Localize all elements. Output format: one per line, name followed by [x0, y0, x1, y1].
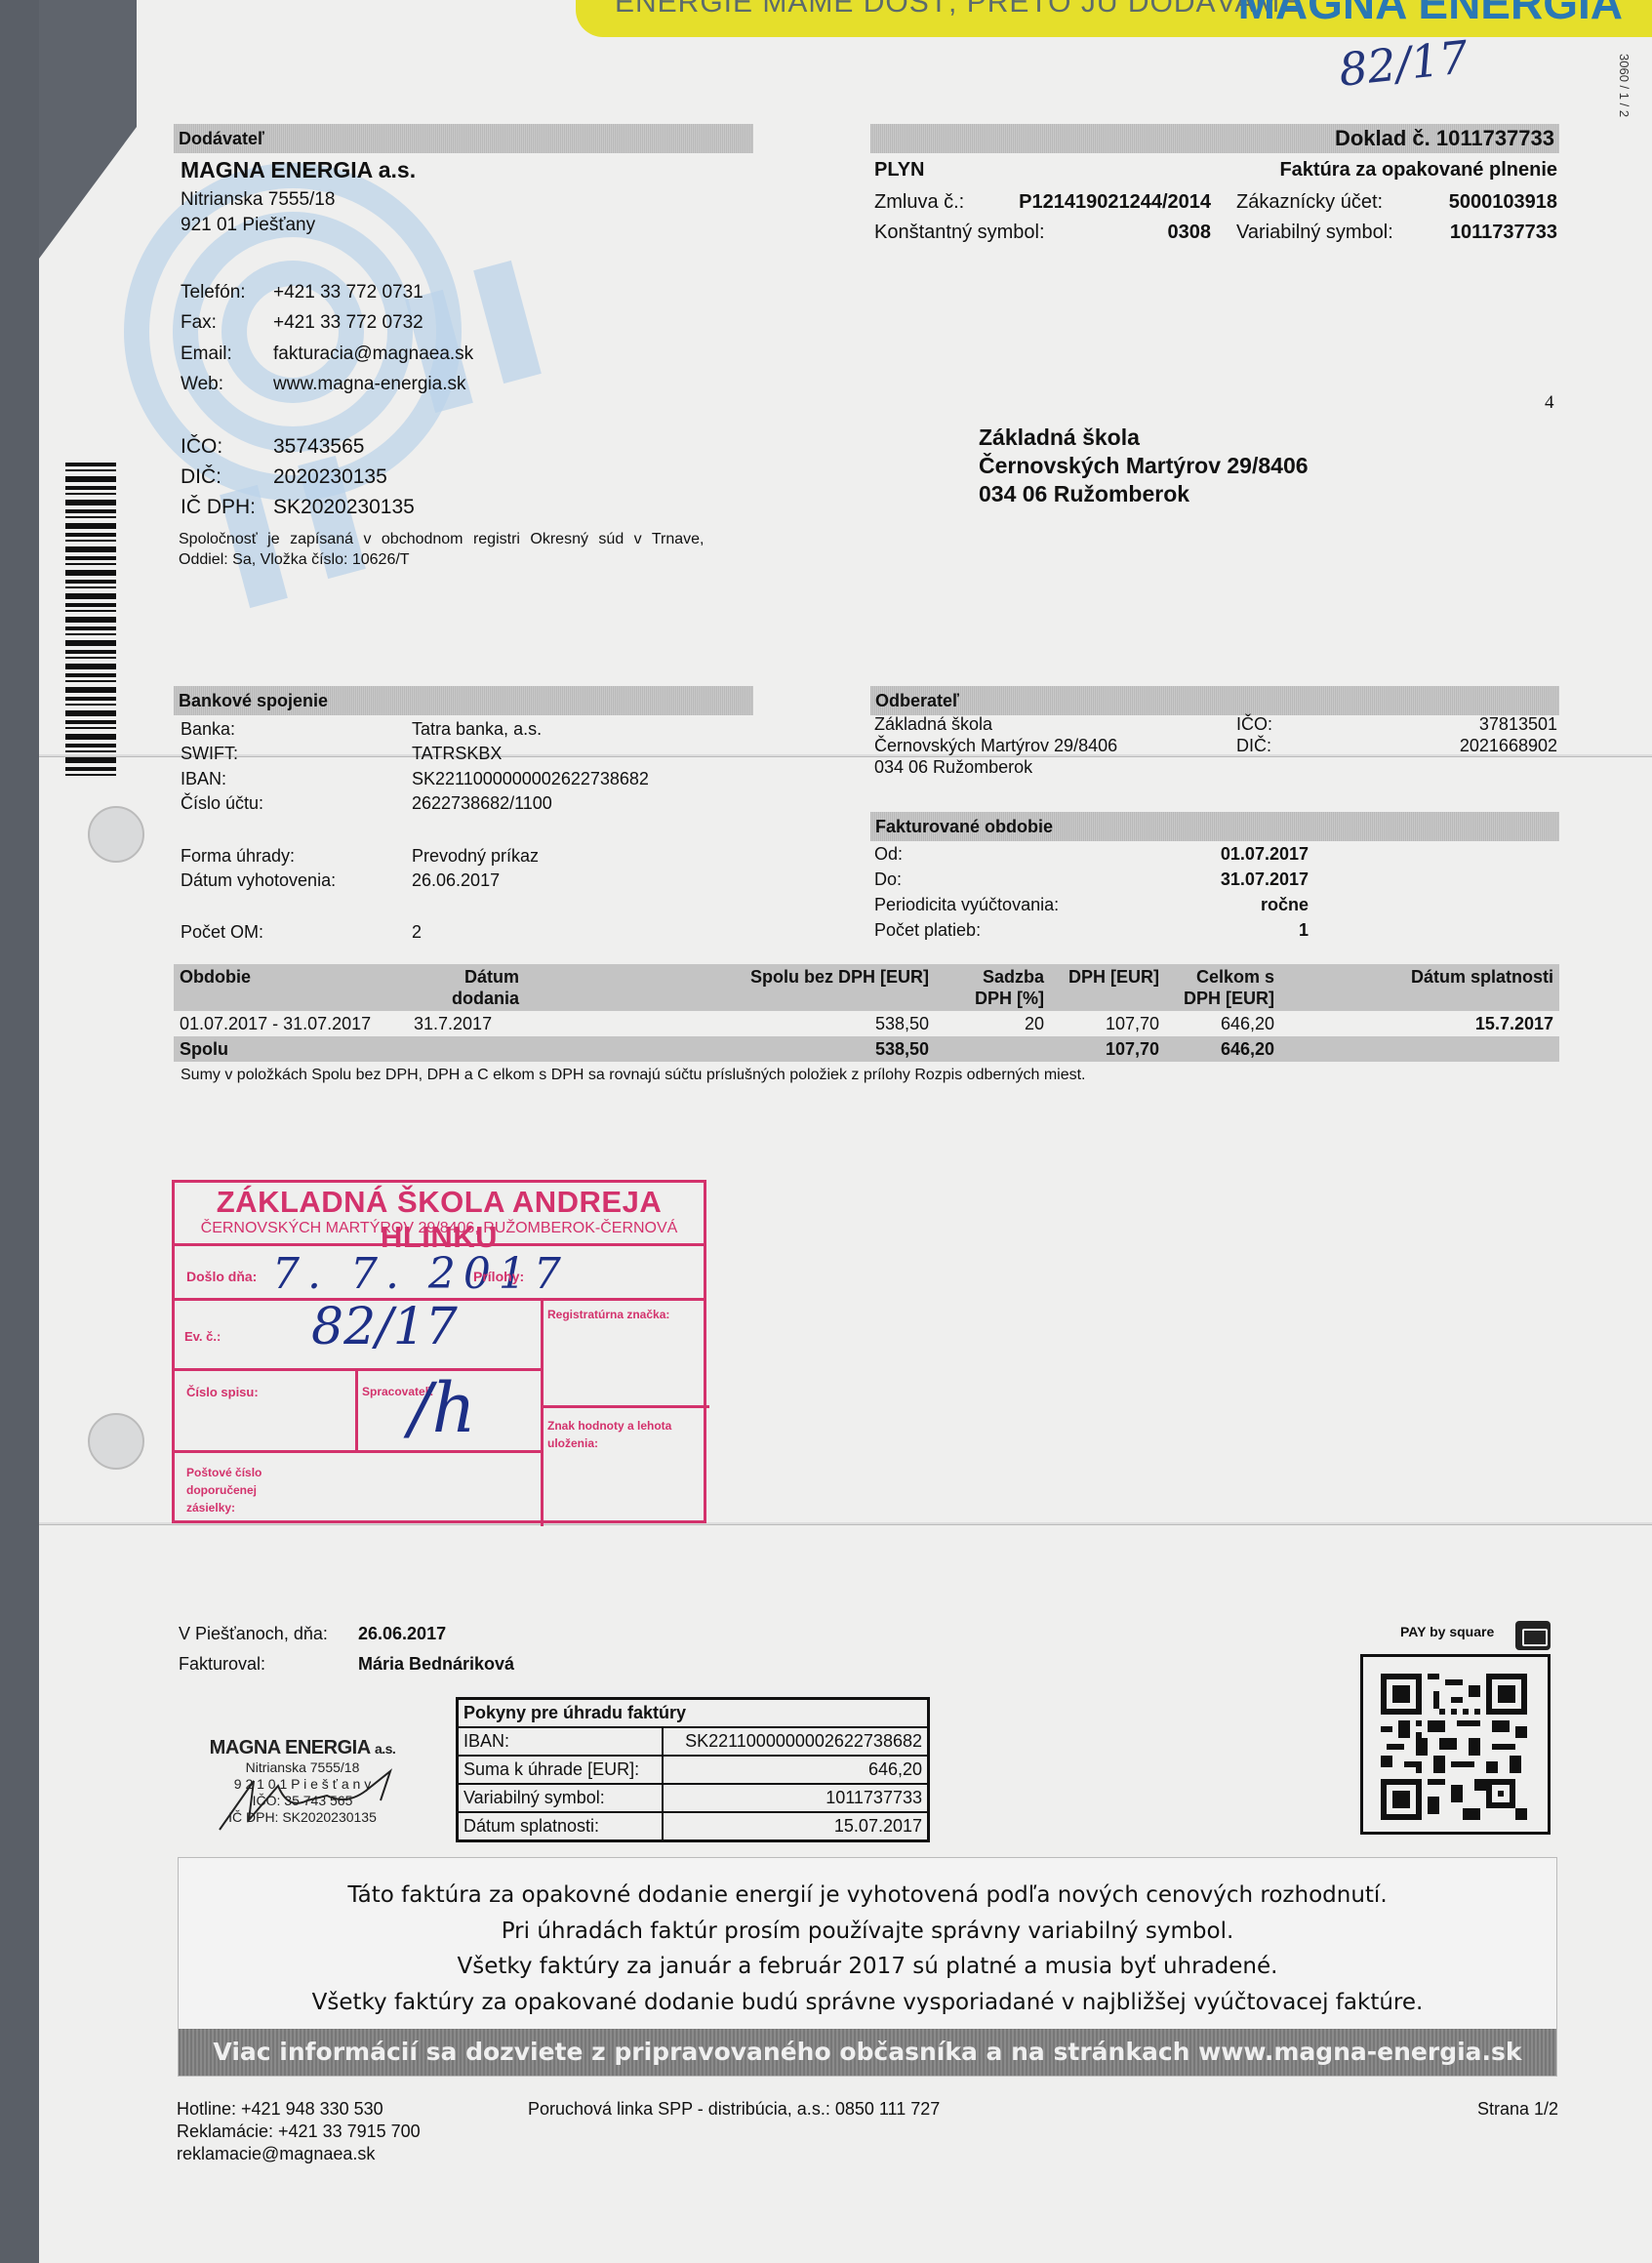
pay-amount: 646,20	[663, 1756, 929, 1784]
payment-form-value: Prevodný príkaz	[412, 843, 539, 869]
stamp-evidence-label: Ev. č.:	[184, 1329, 221, 1344]
customer-account-label: Zákaznícky účet:	[1236, 189, 1383, 215]
table-row: Suma k úhrade [EUR]: 646,20	[458, 1756, 929, 1784]
id-label: IČO:	[181, 434, 222, 460]
bank-label: SWIFT:	[181, 741, 238, 766]
pay-by-square-label: PAY by square	[1400, 1624, 1494, 1639]
pay-label: IBAN:	[458, 1727, 663, 1756]
cell-net: 538,50	[525, 1011, 935, 1036]
payment-instructions-header: Pokyny pre úhradu faktúry	[458, 1699, 929, 1728]
address-marker: 4	[1545, 390, 1554, 416]
period-label: Od:	[874, 841, 903, 867]
column-header: Celkom s DPH [EUR]	[1165, 964, 1280, 1011]
bank-iban: SK2211000000002622738682	[412, 766, 649, 791]
table-row: Variabilný symbol: 1011737733	[458, 1784, 929, 1812]
total-vat: 107,70	[1050, 1036, 1165, 1062]
total-empty	[1280, 1036, 1559, 1062]
column-header: DPH [EUR]	[1050, 964, 1165, 1011]
stamp-divider	[175, 1243, 704, 1246]
invoiced-by-name: Mária Bednáriková	[358, 1651, 514, 1677]
column-header: Obdobie	[174, 964, 408, 1011]
stamp-divider	[541, 1298, 544, 1526]
contact-label: Fax:	[181, 310, 217, 336]
contact-fax: +421 33 772 0732	[273, 310, 423, 336]
customer-ico-label: IČO:	[1236, 713, 1272, 735]
cell-due-date: 15.7.2017	[1280, 1011, 1559, 1036]
pay-iban: SK2211000000002622738682	[663, 1727, 929, 1756]
supplier-city: 921 01 Piešťany	[181, 213, 315, 238]
period-header-text: Fakturované obdobie	[875, 817, 1053, 836]
stamp-divider	[355, 1368, 358, 1450]
banner-slogan: ENERGIE MÁME DOSŤ, PRETO JU DODÁVAME	[615, 0, 1301, 20]
om-count-value: 2	[412, 919, 422, 945]
customer-header-text: Odberateľ	[875, 691, 959, 710]
stamp-postal-label: Poštové číslo doporučenej zásielky:	[186, 1464, 294, 1516]
constant-symbol-label: Konštantný symbol:	[874, 220, 1045, 245]
bank-label: Číslo účtu:	[181, 790, 263, 816]
total-label: Spolu	[174, 1036, 408, 1062]
stamp-attachments-label: Prílohy:	[473, 1269, 524, 1284]
bank-swift: TATRSKBX	[412, 741, 502, 766]
dic-value: 2020230135	[273, 465, 387, 490]
notice-line: Všetky faktúry za opakované dodanie budú…	[179, 1985, 1556, 2021]
period-from: 01.07.2017	[1221, 841, 1309, 867]
scan-background	[0, 0, 39, 2263]
footer-fault-line: Poruchová linka SPP - distribúcia, a.s.:…	[528, 2098, 940, 2121]
bank-header-text: Bankové spojenie	[179, 691, 328, 710]
customer-dic-label: DIČ:	[1236, 735, 1271, 756]
table-total-row: Spolu 538,50 107,70 646,20	[174, 1036, 1559, 1062]
customer-line1: Základná škola	[874, 713, 992, 735]
notice-info-bar: Viac informácií sa dozviete z pripravova…	[179, 2029, 1556, 2076]
handwritten-reference: 82/17	[1337, 30, 1471, 97]
notice-line: Pri úhradách faktúr prosím používajte sp…	[179, 1914, 1556, 1950]
customer-header: Odberateľ	[870, 686, 1559, 715]
side-code: 3060 / 1 / 2	[1617, 54, 1632, 117]
pay-label: Suma k úhrade [EUR]:	[458, 1756, 663, 1784]
column-header: Dátum splatnosti	[1280, 964, 1559, 1011]
total-empty	[935, 1036, 1050, 1062]
period-label: Do:	[874, 867, 902, 892]
supplier-name: MAGNA ENERGIA a.s.	[181, 157, 416, 182]
banner-brand: MAGNA ENERGIA	[1238, 0, 1623, 29]
payment-count: 1	[1299, 917, 1309, 943]
barcode	[65, 463, 116, 779]
commodity: PLYN	[874, 157, 925, 182]
payment-form-label: Forma úhrady:	[181, 843, 295, 869]
pay-label: Variabilný symbol:	[458, 1784, 663, 1812]
company-stamp-brand: MAGNA ENERGIA	[210, 1737, 370, 1758]
handwritten-signature	[210, 1766, 405, 1835]
footer-hotline: Hotline: +421 948 330 530	[177, 2098, 383, 2121]
bank-label: IBAN:	[181, 766, 226, 791]
brand-banner: ENERGIE MÁME DOSŤ, PRETO JU DODÁVAME MAG…	[576, 0, 1652, 37]
invoiced-by-label: Fakturoval:	[179, 1651, 265, 1677]
contact-label: Email:	[181, 342, 232, 367]
contract-number: P121419021244/2014	[1019, 189, 1211, 215]
bank-header: Bankové spojenie	[174, 686, 753, 715]
supplier-header: Dodávateľ	[174, 124, 753, 153]
company-stamp-suffix: a.s.	[375, 1741, 395, 1757]
registry-note: Spoločnosť je zapísaná v obchodnom regis…	[179, 530, 704, 549]
stamp-registry-mark-label: Registratúrna značka:	[547, 1308, 669, 1321]
table-row: IBAN: SK2211000000002622738682	[458, 1727, 929, 1756]
supplier-street: Nitrianska 7555/18	[181, 187, 335, 213]
table-note: Sumy v položkách Spolu bez DPH, DPH a C …	[181, 1065, 1086, 1086]
footer-complaints-email: reklamacie@magnaea.sk	[177, 2143, 375, 2165]
document-header: Doklad č. 1011737733	[870, 124, 1559, 153]
billing-periodicity: ročne	[1261, 892, 1309, 917]
customer-dic: 2021668902	[1460, 735, 1557, 756]
place-date: 26.06.2017	[358, 1621, 446, 1646]
cell-gross: 646,20	[1165, 1011, 1280, 1036]
constant-symbol: 0308	[1168, 220, 1212, 245]
ico-value: 35743565	[273, 434, 364, 460]
paper-fold	[39, 754, 1652, 756]
notice-line: Táto faktúra za opakovné dodanie energií…	[179, 1878, 1556, 1914]
pay-label: Dátum splatnosti:	[458, 1812, 663, 1841]
total-empty	[408, 1036, 525, 1062]
punch-hole	[88, 806, 144, 863]
stamp-received-label: Došlo dňa:	[186, 1269, 257, 1284]
pay-due-date: 15.07.2017	[663, 1812, 929, 1841]
period-label: Periodicita vyúčtovania:	[874, 892, 1059, 917]
recipient-line2: Černovských Martýrov 29/8406	[979, 452, 1309, 480]
customer-line3: 034 06 Ružomberok	[874, 756, 1032, 778]
pay-variable-symbol: 1011737733	[663, 1784, 929, 1812]
total-net: 538,50	[525, 1036, 935, 1062]
contact-label: Telefón:	[181, 280, 246, 305]
cell-vat-rate: 20	[935, 1011, 1050, 1036]
invoice-type: Faktúra za opakované plnenie	[1279, 157, 1557, 182]
variable-symbol: 1011737733	[1450, 220, 1557, 245]
recipient-line1: Základná škola	[979, 424, 1140, 452]
bank-name: Tatra banka, a.s.	[412, 716, 542, 742]
contact-phone: +421 33 772 0731	[273, 280, 423, 305]
column-header: Dátum dodania	[408, 964, 525, 1011]
notice-box: Táto faktúra za opakovné dodanie energií…	[178, 1857, 1557, 2077]
registry-stamp: ZÁKLADNÁ ŠKOLA ANDREJA HLINKU ČERNOVSKÝC…	[172, 1180, 706, 1523]
table-row: 01.07.2017 - 31.07.2017 31.7.2017 538,50…	[174, 1011, 1559, 1036]
column-header: Sadzba DPH [%]	[935, 964, 1050, 1011]
customer-account-number: 5000103918	[1449, 189, 1557, 215]
payment-instructions: Pokyny pre úhradu faktúry IBAN: SK221100…	[456, 1697, 930, 1842]
items-table: Obdobie Dátum dodania Spolu bez DPH [EUR…	[174, 964, 1559, 1062]
customer-line2: Černovských Martýrov 29/8406	[874, 735, 1117, 756]
punch-hole	[88, 1413, 144, 1470]
om-count-label: Počet OM:	[181, 919, 263, 945]
total-gross: 646,20	[1165, 1036, 1280, 1062]
registry-note: Oddiel: Sa, Vložka číslo: 10626/T	[179, 550, 410, 570]
stamp-divider	[175, 1450, 541, 1453]
column-header: Spolu bez DPH [EUR]	[525, 964, 935, 1011]
bank-account: 2622738682/1100	[412, 790, 552, 816]
table-row: Dátum splatnosti: 15.07.2017	[458, 1812, 929, 1841]
stamp-file-number-label: Číslo spisu:	[186, 1385, 259, 1399]
contact-label: Web:	[181, 372, 223, 397]
period-header: Fakturované obdobie	[870, 812, 1559, 841]
period-to: 31.07.2017	[1221, 867, 1309, 892]
variable-symbol-label: Variabilný symbol:	[1236, 220, 1393, 245]
stamp-divider	[541, 1405, 709, 1408]
stamp-subtitle: ČERNOVSKÝCH MARTÝROV 29/8406, RUŽOMBEROK…	[175, 1220, 704, 1237]
footer-complaints: Reklamácie: +421 33 7915 700	[177, 2121, 421, 2143]
stamp-received-date: 7. 7. 2017	[272, 1249, 569, 1299]
place-label: V Piešťanoch, dňa:	[179, 1621, 328, 1646]
period-label: Počet platieb:	[874, 917, 981, 943]
id-label: IČ DPH:	[181, 495, 256, 520]
stamp-retention-label: Znak hodnoty a lehota uloženia:	[547, 1417, 704, 1452]
stamp-evidence-number: 82/17	[311, 1298, 458, 1356]
page-number: Strana 1/2	[1477, 2098, 1558, 2121]
qr-code[interactable]	[1381, 1674, 1527, 1820]
customer-ico: 37813501	[1479, 713, 1557, 735]
document-number: Doklad č. 1011737733	[1335, 126, 1554, 150]
cell-period: 01.07.2017 - 31.07.2017	[174, 1011, 408, 1036]
supplier-header-text: Dodávateľ	[179, 129, 264, 148]
issue-date-label: Dátum vyhotovenia:	[181, 868, 336, 893]
cell-delivery-date: 31.7.2017	[408, 1011, 525, 1036]
card-icon	[1515, 1621, 1551, 1650]
contact-email: fakturacia@magnaea.sk	[273, 342, 473, 367]
contract-label: Zmluva č.:	[874, 189, 964, 215]
issue-date-value: 26.06.2017	[412, 868, 500, 893]
contact-web: www.magna-energia.sk	[273, 372, 465, 397]
icdph-value: SK2020230135	[273, 495, 415, 520]
recipient-line3: 034 06 Ružomberok	[979, 480, 1189, 508]
cell-vat: 107,70	[1050, 1011, 1165, 1036]
company-stamp-name: MAGNA ENERGIA a.s.	[205, 1737, 400, 1759]
invoice-page: ENERGIE MÁME DOSŤ, PRETO JU DODÁVAME MAG…	[0, 0, 1652, 2263]
bank-label: Banka:	[181, 716, 235, 742]
table-header-row: Obdobie Dátum dodania Spolu bez DPH [EUR…	[174, 964, 1559, 1011]
notice-lines: Táto faktúra za opakovné dodanie energií…	[179, 1878, 1556, 2020]
payment-instructions-title: Pokyny pre úhradu faktúry	[458, 1699, 929, 1728]
stamp-processor-signature: /h	[409, 1368, 476, 1448]
notice-line: Všetky faktúry za január a február 2017 …	[179, 1949, 1556, 1985]
id-label: DIČ:	[181, 465, 222, 490]
